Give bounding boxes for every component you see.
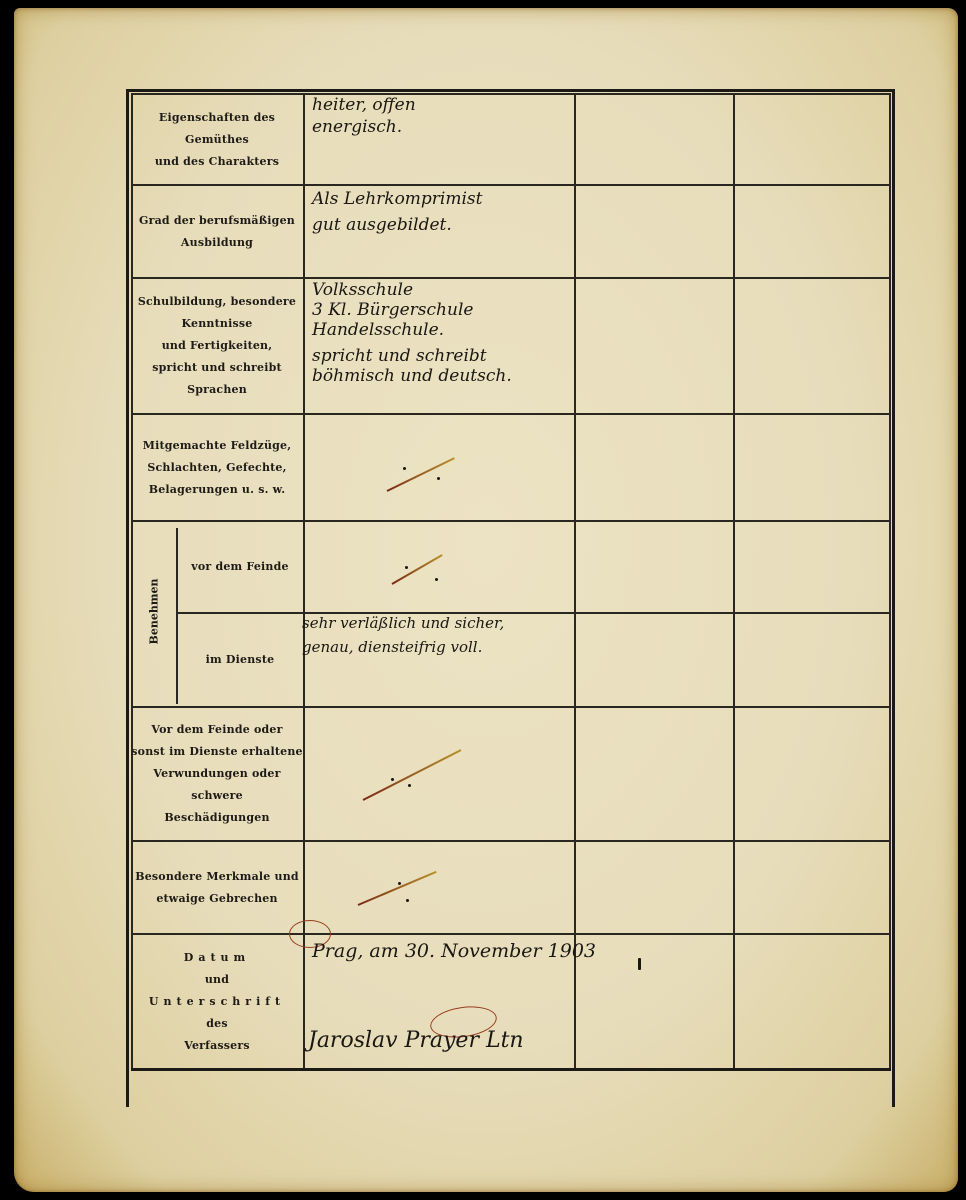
label-line: Mitgemachte Feldzüge, [143,435,292,457]
label-line: Eigenschaften des Gemüthes [131,107,303,151]
entry-schulbildung-line5: böhmisch und deutsch. [312,365,512,387]
column-divider [574,93,576,1068]
label-line: Unterschrift [149,991,285,1013]
entry-schulbildung-line1: Volksschule [312,279,413,301]
label-schulbildung: Schulbildung, besondere Kenntnisse und F… [131,279,303,413]
entry-date: Prag, am 30. November 1903 [312,940,596,962]
label-line: Besondere Merkmale und [135,866,299,888]
nil-dot [406,899,409,902]
label-line: Belagerungen u. s. w. [149,479,286,501]
nil-dot [398,882,401,885]
table-bottom-border [131,1068,891,1071]
entry-schulbildung-line2: 3 Kl. Bürgerschule [312,299,473,321]
label-line: und [205,969,229,991]
nil-dot [403,467,406,470]
nil-dot [408,784,411,787]
entry-eigenschaften-line2: energisch. [312,116,402,138]
label-vor-dem-feinde: vor dem Feinde [177,522,303,612]
nil-dot [391,778,394,781]
label-datum-unterschrift: Datum und Unterschrift des Verfassers [131,935,303,1068]
label-line: Vor dem Feinde oder [151,719,282,741]
label-line: sonst im Dienste erhaltene [131,741,302,763]
label-line: etwaige Gebrechen [156,888,277,910]
entry-signature: Jaroslav Prayer Ltn [308,1030,524,1052]
label-ausbildung: Grad der berufsmäßigen Ausbildung [131,186,303,277]
label-line: des [206,1013,227,1035]
label-line: Ausbildung [181,232,253,254]
label-line: Schlachten, Gefechte, [147,457,286,479]
nil-dot [435,578,438,581]
label-line: Beschädigungen [164,807,269,829]
label-line: Verwundungen oder schwere [131,763,303,807]
label-feldzuege: Mitgemachte Feldzüge, Schlachten, Gefech… [131,415,303,520]
entry-ausbildung-line2: gut ausgebildet. [312,214,452,236]
label-line: vor dem Feinde [191,556,288,578]
entry-ausbildung-line1: Als Lehrkomprimist [312,188,482,210]
ink-mark [638,958,641,970]
nil-dot [405,566,408,569]
label-eigenschaften: Eigenschaften des Gemüthes und des Chara… [131,95,303,184]
label-line: Verfassers [184,1035,250,1057]
column-divider [733,93,735,1068]
entry-im-dienste-line1: sehr verläßlich und sicher, [302,612,504,634]
label-line: und des Charakters [155,151,279,173]
label-line: Kenntnisse [182,313,253,335]
label-line: Grad der berufsmäßigen [139,210,295,232]
nil-dot [437,477,440,480]
label-benehmen-group: Benehmen [148,576,161,648]
label-verwundungen: Vor dem Feinde oder sonst im Dienste erh… [131,708,303,840]
entry-eigenschaften-line1: heiter, offen [312,94,416,116]
label-line: Datum [184,947,250,969]
entry-im-dienste-line2: genau, diensteifrig voll. [302,636,482,658]
table-right-inner-border [889,93,891,1068]
entry-schulbildung-line3: Handelsschule. [312,319,444,341]
label-line: Schulbildung, besondere [138,291,296,313]
label-im-dienste: im Dienste [177,614,303,706]
label-merkmale: Besondere Merkmale und etwaige Gebrechen [131,842,303,933]
label-line: spricht und schreibt [152,357,282,379]
label-line: und Fertigkeiten, [162,335,273,357]
label-line: im Dienste [206,649,275,671]
label-line: Sprachen [187,379,247,401]
entry-schulbildung-line4: spricht und schreibt [312,345,487,367]
